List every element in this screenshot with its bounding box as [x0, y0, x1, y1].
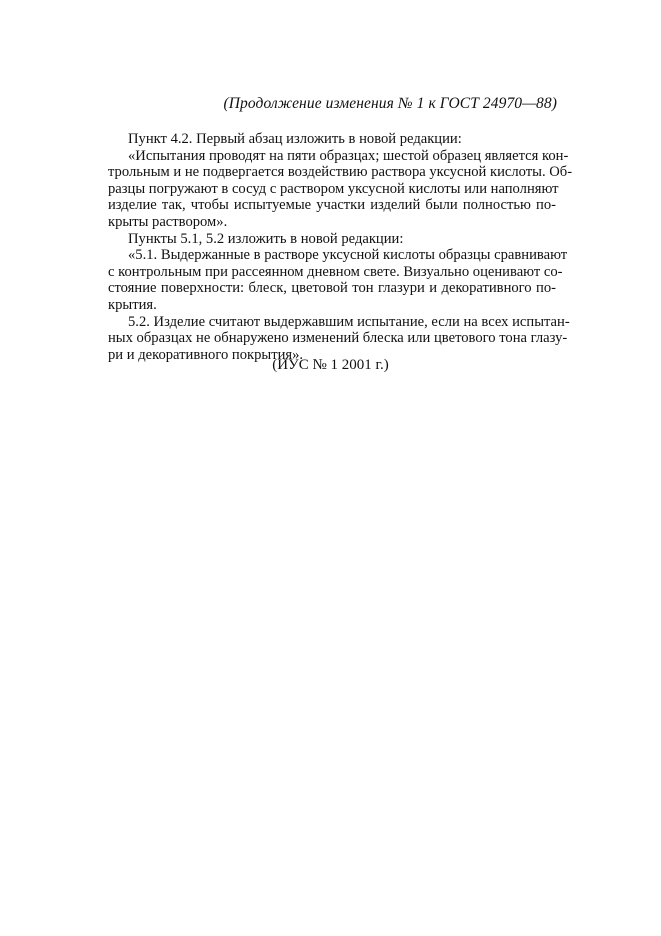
source-reference: (ИУС № 1 2001 г.): [0, 357, 661, 374]
paragraph-line: разцы погружают в сосуд с раствором уксу…: [108, 181, 556, 198]
paragraph-line: Пункт 4.2. Первый абзац изложить в новой…: [108, 131, 556, 148]
paragraph-line: с контрольным при рассеянном дневном све…: [108, 264, 556, 281]
paragraph-line: ных образцах не обнаружено изменений бле…: [108, 330, 556, 347]
paragraph-line: Пункты 5.1, 5.2 изложить в новой редакци…: [108, 231, 556, 248]
document-page: (Продолжение изменения № 1 к ГОСТ 24970—…: [0, 0, 661, 936]
paragraph-line: 5.2. Изделие считают выдержавшим испытан…: [108, 314, 556, 331]
paragraph-line: «5.1. Выдержанные в растворе уксусной ки…: [108, 247, 556, 264]
paragraph-line: «Испытания проводят на пяти образцах; ше…: [108, 148, 556, 165]
paragraph-line: изделие так, чтобы испытуемые участки из…: [108, 197, 556, 214]
document-body: Пункт 4.2. Первый абзац изложить в новой…: [108, 131, 556, 363]
continuation-header: (Продолжение изменения № 1 к ГОСТ 24970—…: [223, 95, 557, 113]
paragraph-line: крыты раствором».: [108, 214, 556, 231]
paragraph-line: трольным и не подвергается воздействию р…: [108, 164, 556, 181]
paragraph-line: стояние поверхности: блеск, цветовой тон…: [108, 280, 556, 297]
paragraph-line: крытия.: [108, 297, 556, 314]
